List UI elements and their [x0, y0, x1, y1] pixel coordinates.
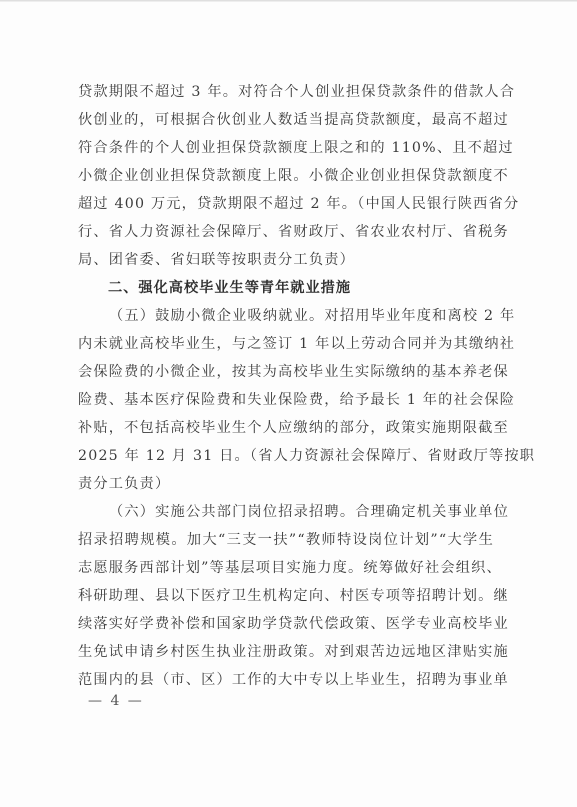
page-top-edge [0, 0, 577, 2]
body-line: 局、团省委、省妇联等按职责分工负责） [78, 246, 494, 274]
paragraph-first-line: （六）实施公共部门岗位招录招聘。合理确定机关事业单位 [78, 498, 494, 526]
body-line: 贷款期限不超过 3 年。对符合个人创业担保贷款条件的借款人合 [78, 78, 494, 106]
body-line: 生免试申请乡村医生执业注册政策。对到艰苦边远地区津贴实施 [78, 638, 494, 666]
body-line: 续落实好学费补偿和国家助学贷款代偿政策、医学专业高校毕业 [78, 610, 494, 638]
body-line: 内未就业高校毕业生，与之签订 1 年以上劳动合同并为其缴纳社 [78, 330, 494, 358]
body-line: 符合条件的个人创业担保贷款额度上限之和的 110%、且不超过 [78, 134, 494, 162]
paragraph-first-line: （五）鼓励小微企业吸纳就业。对招用毕业年度和离校 2 年 [78, 302, 494, 330]
body-line: 行、省人力资源社会保障厅、省财政厅、省农业农村厅、省税务 [78, 218, 494, 246]
body-line: 超过 400 万元，贷款期限不超过 2 年。（中国人民银行陕西省分 [78, 190, 494, 218]
body-line: 招录招聘规模。加大“三支一扶”“教师特设岗位计划”“大学生 [78, 526, 494, 554]
document-body: 贷款期限不超过 3 年。对符合个人创业担保贷款条件的借款人合 伙创业的，可根据合… [78, 78, 494, 694]
body-line: 险费、基本医疗保险费和失业保险费，给予最长 1 年的社会保险 [78, 386, 494, 414]
body-line: 补贴，不包括高校毕业生个人应缴纳的部分，政策实施期限截至 [78, 414, 494, 442]
body-line: 志愿服务西部计划”等基层项目实施力度。统筹做好社会组织、 [78, 554, 494, 582]
body-line: 小微企业创业担保贷款额度上限。小微企业创业担保贷款额度不 [78, 162, 494, 190]
page-number: — 4 — [88, 693, 144, 709]
body-line: 责分工负责） [78, 470, 494, 498]
body-line: 2025 年 12 月 31 日。（省人力资源社会保障厅、省财政厅等按职 [78, 442, 494, 470]
body-line: 科研助理、县以下医疗卫生机构定向、村医专项等招聘计划。继 [78, 582, 494, 610]
body-line: 范围内的县（市、区）工作的大中专以上毕业生，招聘为事业单 [78, 666, 494, 694]
section-heading: 二、强化高校毕业生等青年就业措施 [78, 274, 494, 302]
body-line: 伙创业的，可根据合伙创业人数适当提高贷款额度，最高不超过 [78, 106, 494, 134]
body-line: 会保险费的小微企业，按其为高校毕业生实际缴纳的基本养老保 [78, 358, 494, 386]
